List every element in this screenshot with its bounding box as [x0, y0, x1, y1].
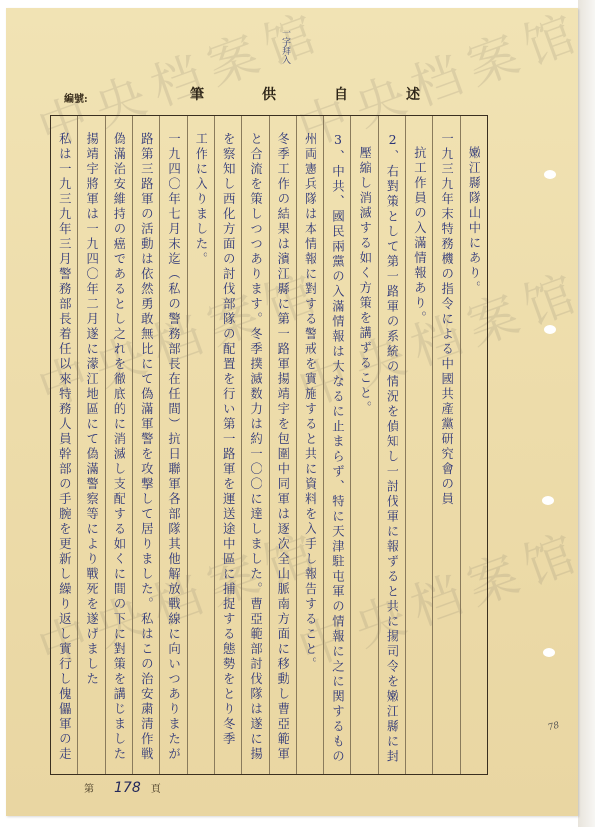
- text-column: と合流を策しつつあります。冬季撲滅数力は約一〇〇に達しました。曹亞範部討伐隊は遂…: [241, 116, 268, 774]
- title-char: 自: [334, 84, 348, 104]
- column-text: 2、右對策として第一路軍の系統の情況を偵知し一討伐軍に報ずると共に揚司令を嫩江縣…: [386, 132, 399, 762]
- punch-hole: [544, 170, 556, 179]
- title-char: 供: [262, 84, 276, 104]
- title-char: 述: [406, 84, 420, 104]
- column-text: 偽滿治安維持の癌であるとし之れを徹底的に消滅し支配する如くに間の下に對策を講じま…: [113, 132, 126, 762]
- column-text: 抗工作員の入滿情報あり。: [413, 146, 426, 776]
- page-number-value: 178: [114, 780, 141, 796]
- text-column: 抗工作員の入滿情報あり。: [405, 116, 432, 774]
- text-column: 冬季工作の結果は濱江縣に第一路軍揚靖宇を包圍中同軍は逐次全山脈南方面に移動し曹亞…: [269, 116, 296, 774]
- text-column: 一九四〇年七月末迄（私の警務部長在任間）抗日聯軍各部隊其他解放戰線に向いつありま…: [159, 116, 186, 774]
- column-text: 私は一九三九年三月警務部長着任以來特務人員幹部の手腕を更新し繰り返し實行し傀儡軍…: [58, 132, 71, 762]
- handwritten-top-note: 一字拜入: [278, 28, 292, 64]
- punch-hole: [544, 325, 556, 334]
- text-column: 3、中共、國民兩黨の入滿情報は大なるに止まらず、特に天津駐屯軍の情報に之に関する…: [323, 116, 350, 774]
- page-number: 第 178 頁: [84, 780, 161, 796]
- serial-number-label: 編號:: [64, 90, 88, 105]
- text-column: 嫩江縣隊山中にあり。: [460, 116, 487, 774]
- text-column: 揚靖宇將軍は一九四〇年二月遂に濛江地區にて偽滿警察等により戰死を遂げました: [77, 116, 104, 774]
- column-text: 揚靖宇將軍は一九四〇年二月遂に濛江地區にて偽滿警察等により戰死を遂げました: [85, 132, 98, 762]
- column-text: 嫩江縣隊山中にあり。: [468, 146, 481, 776]
- title-char: 筆: [190, 84, 204, 104]
- column-text: 路第三路軍の活動は依然勇敢無比にて偽滿軍警を攻撃して居りました。私はこの治安粛清…: [140, 132, 153, 762]
- column-text: 州両憲兵隊は本情報に對する警戒を實施すると共に資料を入手し報告すること。: [304, 132, 317, 762]
- punch-hole: [542, 496, 554, 505]
- page-prefix: 第: [84, 780, 94, 795]
- text-column: 壓縮し消滅する如く方策を講ずること。: [350, 116, 377, 774]
- column-text: を察知し西化方面の討伐部隊の配置を行い第一路軍を運送途中區に捕捉する態勢をとり冬…: [222, 132, 235, 762]
- text-column: 州両憲兵隊は本情報に對する警戒を實施すると共に資料を入手し報告すること。: [296, 116, 323, 774]
- text-column: 2、右對策として第一路軍の系統の情況を偵知し一討伐軍に報ずると共に揚司令を嫩江縣…: [378, 116, 405, 774]
- column-text: 一九三九年末特務機の指令による中國共產黨研究會の員: [440, 132, 453, 762]
- punch-hole: [543, 648, 555, 657]
- text-column: 一九三九年末特務機の指令による中國共產黨研究會の員: [432, 116, 459, 774]
- column-text: 壓縮し消滅する如く方策を講ずること。: [358, 146, 371, 776]
- page-suffix: 頁: [151, 780, 161, 795]
- column-text: 一九四〇年七月末迄（私の警務部長在任間）抗日聯軍各部隊其他解放戰線に向いつありま…: [167, 132, 180, 762]
- manuscript-grid: 嫩江縣隊山中にあり。 一九三九年末特務機の指令による中國共產黨研究會の員 抗工作…: [50, 115, 488, 775]
- text-column: 工作に入りました。: [187, 116, 214, 774]
- document-title: 筆 供 自 述: [190, 84, 420, 104]
- column-text: 3、中共、國民兩黨の入滿情報は大なるに止まらず、特に天津駐屯軍の情報に之に関する…: [331, 132, 344, 762]
- text-column: 路第三路軍の活動は依然勇敢無比にて偽滿軍警を攻撃して居りました。私はこの治安粛清…: [132, 116, 159, 774]
- text-column: を察知し西化方面の討伐部隊の配置を行い第一路軍を運送途中區に捕捉する態勢をとり冬…: [214, 116, 241, 774]
- column-text: 冬季工作の結果は濱江縣に第一路軍揚靖宇を包圍中同軍は逐次全山脈南方面に移動し曹亞…: [276, 132, 289, 762]
- column-text: 工作に入りました。: [194, 132, 207, 762]
- scanner-background: [578, 0, 595, 827]
- text-column: 偽滿治安維持の癌であるとし之れを徹底的に消滅し支配する如くに間の下に對策を講じま…: [105, 116, 132, 774]
- text-column: 私は一九三九年三月警務部長着任以來特務人員幹部の手腕を更新し繰り返し實行し傀儡軍…: [51, 116, 77, 774]
- column-text: と合流を策しつつあります。冬季撲滅数力は約一〇〇に達しました。曹亞範部討伐隊は遂…: [249, 132, 262, 762]
